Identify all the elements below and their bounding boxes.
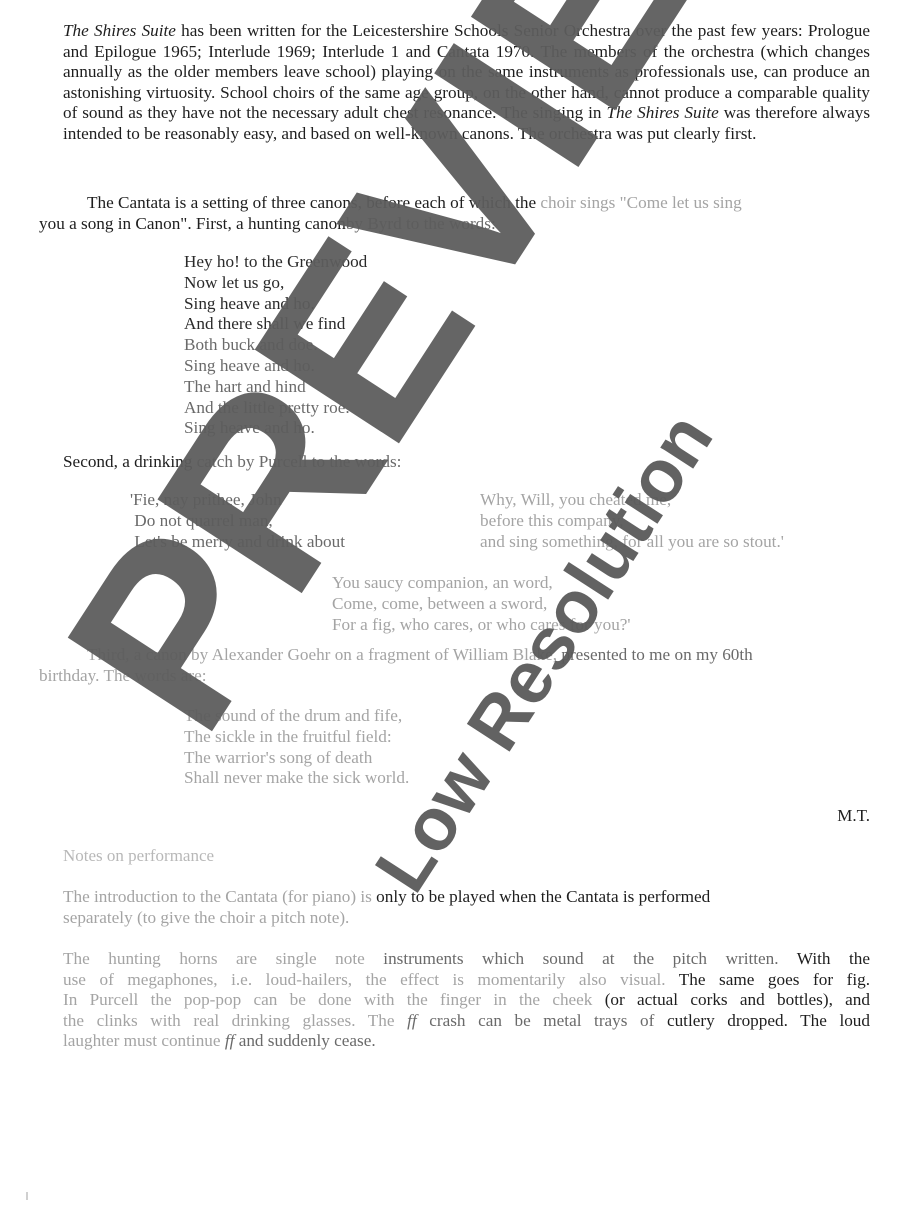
verse-blake: The sound of the drum and fife,The sickl… [184, 706, 409, 789]
author-signature: M.T. [837, 806, 870, 826]
second-paragraph: Second, a drinking catch by Purcell to t… [63, 452, 870, 473]
notes-heading: Notes on performance [63, 846, 214, 866]
verse-line: And the little pretty roe. [184, 398, 367, 419]
verse-purcell-lower: You saucy companion, an word,Come, come,… [332, 573, 631, 635]
verse-line: And there shall we find [184, 314, 367, 335]
verse-line: Sing heave and ho. [184, 356, 367, 377]
verse-line: The sound of the drum and fife, [184, 706, 409, 727]
intro-paragraph: The Shires Suite has been written for th… [63, 21, 870, 145]
scan-mark [26, 1192, 28, 1200]
verse-line: Come, come, between a sword, [332, 594, 631, 615]
verse-line: Sing heave and ho. [184, 294, 367, 315]
third-paragraph: Third, a canon by Alexander Goehr on a f… [63, 645, 870, 686]
verse-purcell-left: 'Fie, nay prithee, John Do not quarrel m… [130, 490, 345, 552]
verse-line: 'Fie, nay prithee, John [130, 490, 345, 511]
work-title: The Shires Suite [63, 21, 176, 40]
work-title: The Shires Suite [606, 103, 718, 122]
verse-line: Do not quarrel man, [130, 511, 345, 532]
verse-byrd: Hey ho! to the GreenwoodNow let us go,Si… [184, 252, 367, 439]
verse-line: Why, Will, you cheated me, [480, 490, 784, 511]
verse-line: Now let us go, [184, 273, 367, 294]
verse-line: For a fig, who cares, or who cares for y… [332, 615, 631, 636]
verse-line: Both buck and doe. [184, 335, 367, 356]
verse-line: The hart and hind [184, 377, 367, 398]
verse-line: and sing something, for all you are so s… [480, 532, 784, 553]
notes-paragraph-1: The introduction to the Cantata (for pia… [63, 887, 870, 928]
verse-line: before this company, [480, 511, 784, 532]
verse-line: Shall never make the sick world. [184, 768, 409, 789]
verse-line: The sickle in the fruitful field: [184, 727, 409, 748]
verse-line: You saucy companion, an word, [332, 573, 631, 594]
verse-line: Sing heave and ho. [184, 418, 367, 439]
document-page: The Shires Suite has been written for th… [0, 0, 900, 1226]
verse-line: Hey ho! to the Greenwood [184, 252, 367, 273]
verse-line: The warrior's song of death [184, 748, 409, 769]
verse-line: Let's be merry and drink about [130, 532, 345, 553]
cantata-paragraph: The Cantata is a setting of three canons… [63, 193, 870, 234]
notes-paragraph-2: The hunting horns are single note instru… [63, 949, 870, 1052]
verse-purcell-right: Why, Will, you cheated me,before this co… [480, 490, 784, 552]
